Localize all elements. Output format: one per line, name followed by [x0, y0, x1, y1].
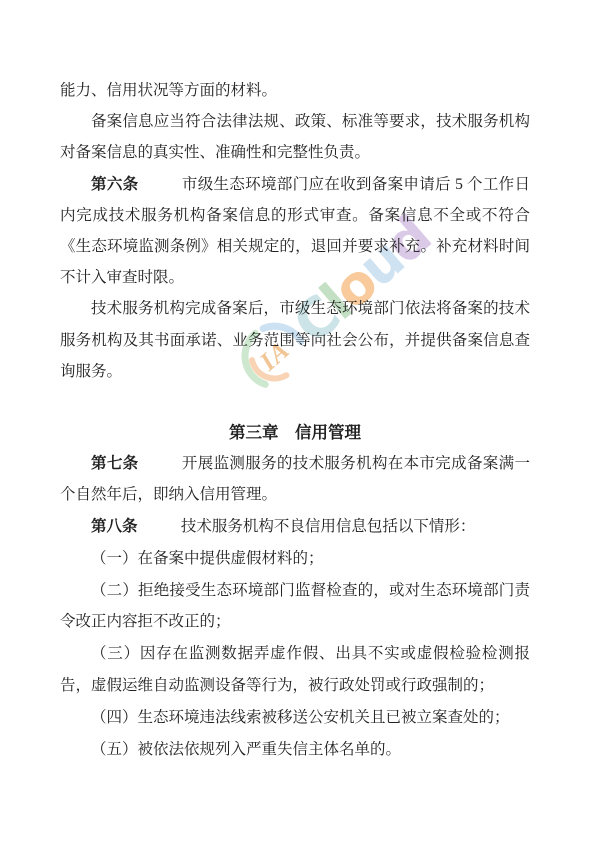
clause-8-item-1: （一）在备案中提供虚假材料的；	[60, 543, 530, 574]
clause-8: 第八条技术服务机构不良信用信息包括以下情形：	[60, 511, 530, 542]
clause-7: 第七条开展监测服务的技术服务机构在本市完成备案满一个自然年后，即纳入信用管理。	[60, 448, 530, 510]
clause-6: 第六条市级生态环境部门应在收到备案申请后 5 个工作日内完成技术服务机构备案信息…	[60, 169, 530, 294]
clause-8-item-4: （四）生态环境违法线索被移送公安机关且已被立案查处的；	[60, 702, 530, 733]
clause-8-item-3: （三）因存在监测数据弄虚作假、出具不实或虚假检验检测报告，虚假运维自动监测设备等…	[60, 638, 530, 700]
document-page: IA C l o u d 能力、信用状况等方面的材料。 备案信息应当符合法律法规…	[0, 0, 595, 841]
para-materials-continuation: 能力、信用状况等方面的材料。	[60, 75, 530, 106]
chapter-3-heading: 第三章 信用管理	[60, 417, 530, 448]
para-filing-info-requirements: 备案信息应当符合法律法规、政策、标准等要求，技术服务机构对备案信息的真实性、准确…	[60, 106, 530, 168]
clause-6-number: 第六条	[91, 176, 138, 193]
clause-8-item-2: （二）拒绝接受生态环境部门监督检查的，或对生态环境部门责令改正内容拒不改正的；	[60, 575, 530, 637]
clause-8-number: 第八条	[91, 518, 138, 535]
document-body: 能力、信用状况等方面的材料。 备案信息应当符合法律法规、政策、标准等要求，技术服…	[0, 0, 595, 765]
para-publication: 技术服务机构完成备案后，市级生态环境部门依法将备案的技术服务机构及其书面承诺、业…	[60, 293, 530, 387]
clause-7-number: 第七条	[91, 455, 139, 472]
clause-8-item-5: （五）被依法依规列入严重失信主体名单的。	[60, 734, 530, 765]
clause-8-text: 技术服务机构不良信用信息包括以下情形：	[181, 518, 476, 535]
